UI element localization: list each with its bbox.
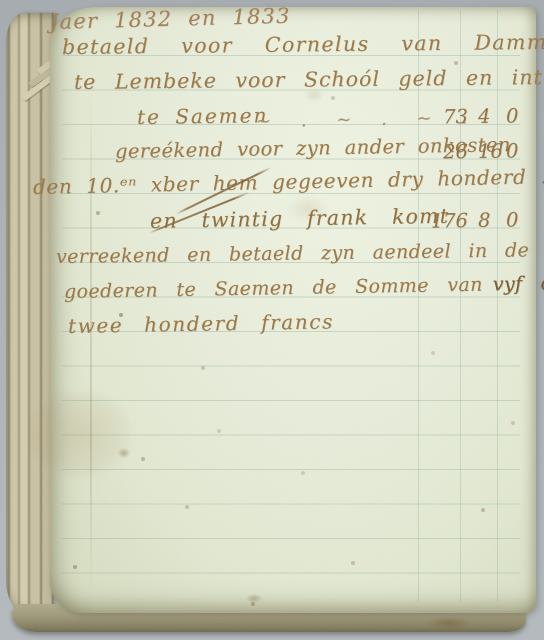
amount-cell: 73 — [443, 105, 468, 128]
amount-row: 26 16 0 — [420, 139, 524, 166]
amount-cell: 0 — [506, 208, 519, 231]
entry-line: betaeld voor Cornelus van Damme — [62, 29, 544, 60]
scanned-ledger-photo: Jaer 1832 en 1833 betaeld voor Cornelus … — [0, 0, 544, 640]
book-page-edges-left — [6, 13, 54, 620]
amount-cell: 26 — [443, 140, 468, 163]
amount-cell: 4 — [478, 105, 491, 128]
amount-cell: 176 — [431, 209, 469, 233]
page-crease — [90, 95, 92, 595]
entry-line-part-emphasis: vyf duyzend — [493, 271, 544, 295]
money-column-line — [418, 10, 419, 602]
amount-cell: 8 — [478, 209, 491, 232]
entry-line: te Lembeke voor Schoól geld en intrée te — [74, 63, 544, 95]
amount-cell: 0 — [506, 139, 519, 162]
amount-row: 176 8 0 — [420, 208, 524, 235]
amount-cell: 0 — [506, 104, 519, 127]
money-column-line — [497, 10, 498, 602]
amount-row: 73 4 0 — [420, 104, 524, 131]
entry-line: twee honderd francs — [68, 308, 334, 339]
entry-line: en twintig frank komt — [150, 203, 450, 234]
entry-line-part: goederen te Saemen de Somme van — [64, 274, 483, 303]
money-column-line — [460, 10, 461, 602]
paper-specks — [0, 0, 2, 2]
entry-line: te Saemen — [137, 102, 269, 130]
amount-cell: 16 — [478, 140, 503, 163]
